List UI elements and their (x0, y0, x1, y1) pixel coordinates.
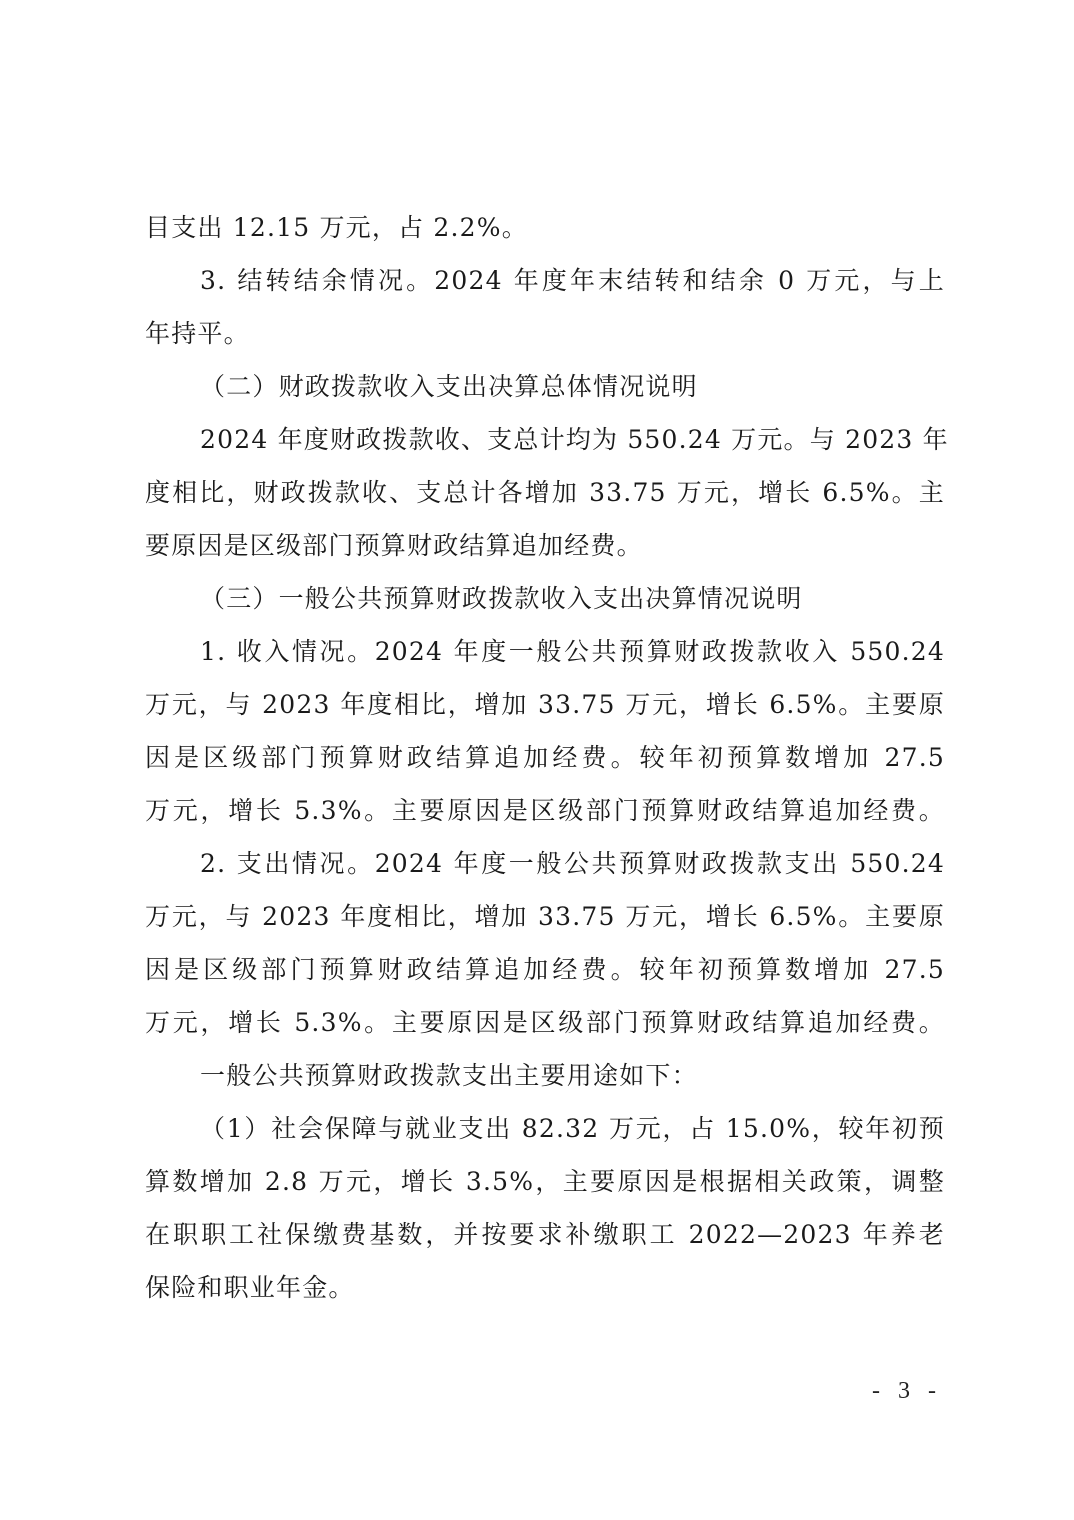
text-line: 在职职工社保缴费基数，并按要求补缴职工 2022—2023 年养老 (145, 1215, 945, 1255)
page-number: - 3 - (872, 1378, 952, 1405)
text-line: 年持平。 (145, 314, 945, 354)
text-line: 目支出 12.15 万元，占 2.2%。 (145, 208, 945, 248)
document-page: 目支出 12.15 万元，占 2.2%。3. 结转结余情况。2024 年度年末结… (0, 0, 1074, 1520)
text-line: 保险和职业年金。 (145, 1268, 945, 1308)
text-line: （二）财政拨款收入支出决算总体情况说明 (200, 367, 945, 407)
text-line: 万元，增长 5.3%。主要原因是区级部门预算财政结算追加经费。 (145, 791, 945, 831)
text-line: （1）社会保障与就业支出 82.32 万元，占 15.0%，较年初预 (200, 1109, 945, 1149)
text-line: 1. 收入情况。2024 年度一般公共预算财政拨款收入 550.24 (200, 632, 945, 672)
text-line: 要原因是区级部门预算财政结算追加经费。 (145, 526, 945, 566)
text-line: 2. 支出情况。2024 年度一般公共预算财政拨款支出 550.24 (200, 844, 945, 884)
text-line: （三）一般公共预算财政拨款收入支出决算情况说明 (200, 579, 945, 619)
text-line: 因是区级部门预算财政结算追加经费。较年初预算数增加 27.5 (145, 738, 945, 778)
text-line: 万元，与 2023 年度相比，增加 33.75 万元，增长 6.5%。主要原 (145, 897, 945, 937)
text-line: 一般公共预算财政拨款支出主要用途如下： (200, 1056, 945, 1096)
text-line: 因是区级部门预算财政结算追加经费。较年初预算数增加 27.5 (145, 950, 945, 990)
text-line: 度相比，财政拨款收、支总计各增加 33.75 万元，增长 6.5%。主 (145, 473, 945, 513)
text-line: 万元，增长 5.3%。主要原因是区级部门预算财政结算追加经费。 (145, 1003, 945, 1043)
text-line: 算数增加 2.8 万元，增长 3.5%，主要原因是根据相关政策，调整 (145, 1162, 945, 1202)
text-line: 3. 结转结余情况。2024 年度年末结转和结余 0 万元，与上 (200, 261, 945, 301)
text-line: 万元，与 2023 年度相比，增加 33.75 万元，增长 6.5%。主要原 (145, 685, 945, 725)
text-line: 2024 年度财政拨款收、支总计均为 550.24 万元。与 2023 年 (200, 420, 945, 460)
